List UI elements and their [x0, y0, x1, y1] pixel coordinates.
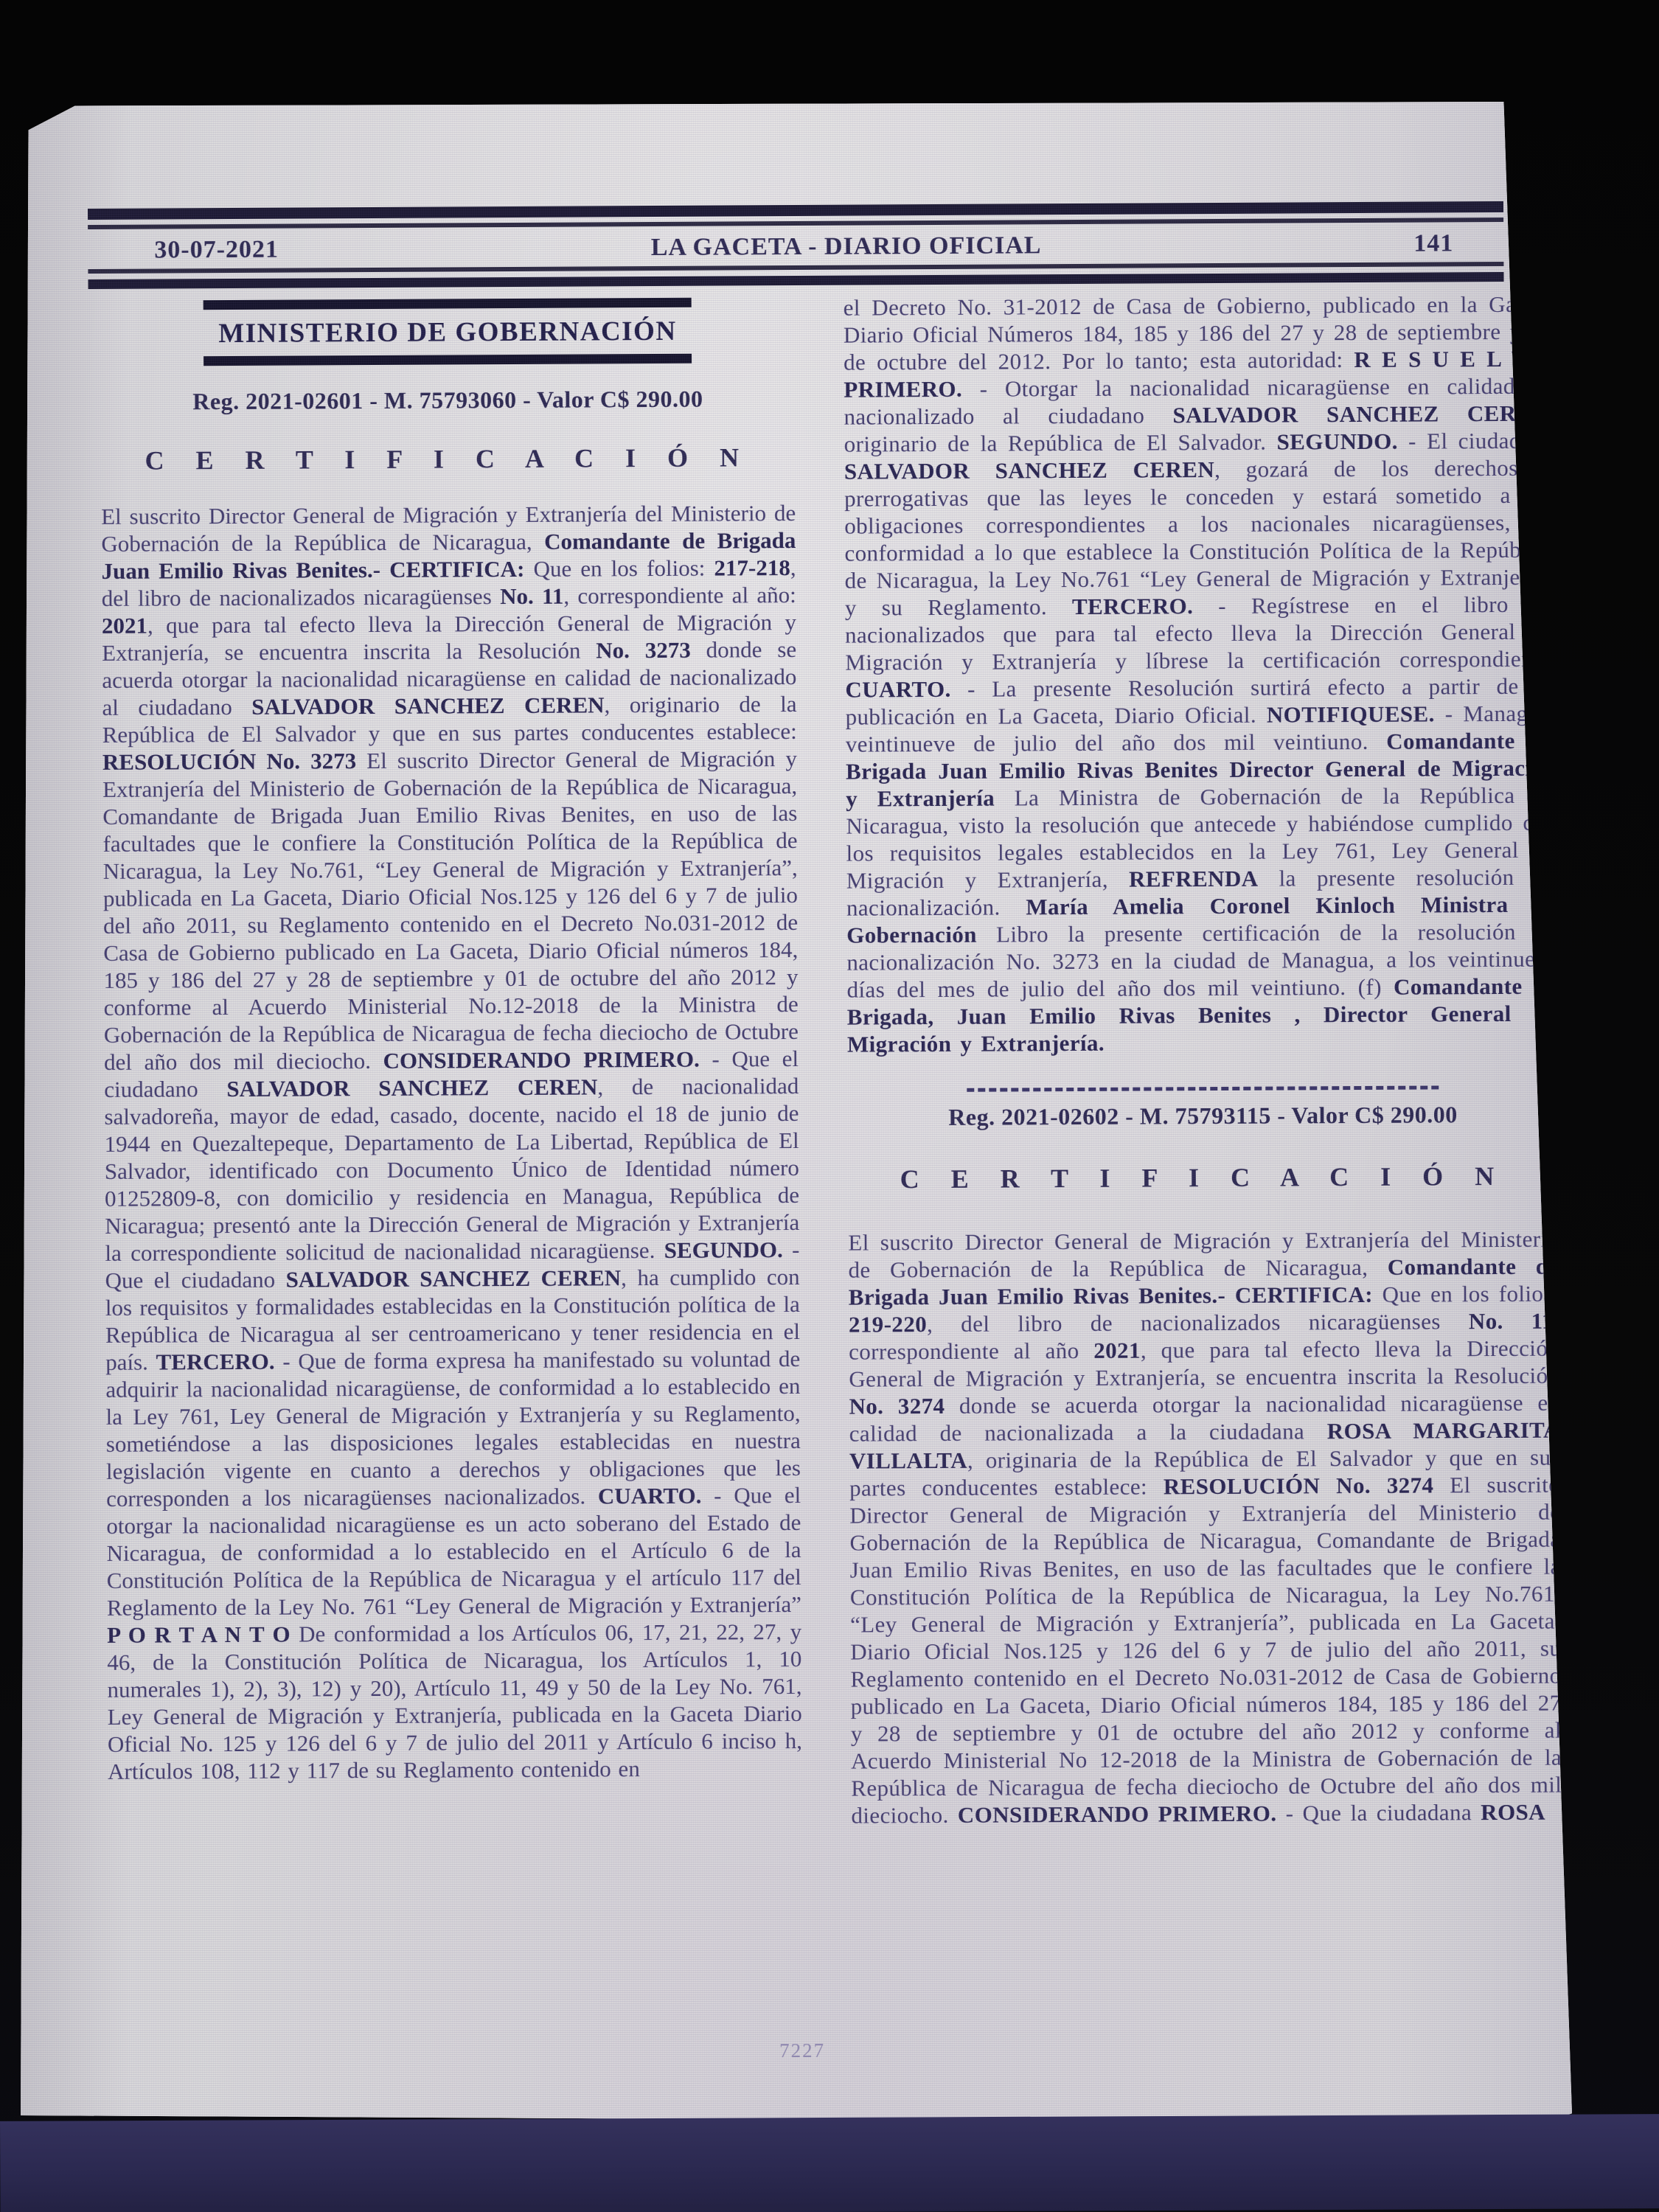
header-date: 30-07-2021: [154, 236, 279, 265]
two-column-layout: MINISTERIO DE GOBERNACIÓN Reg. 2021-0260…: [18, 288, 1577, 1834]
header-rule-bottom-thick: [88, 272, 1504, 289]
page-watermark: 7227: [27, 2035, 1578, 2066]
photo-bottom-band: [0, 2114, 1659, 2212]
ministry-rule-bottom: [204, 354, 692, 366]
registration-line-2: Reg. 2021-02602 - M. 75793115 - Valor C$…: [847, 1101, 1558, 1132]
section-separator-dashed: [967, 1085, 1439, 1091]
gazette-page: 30-07-2021 LA GACETA - DIARIO OFICIAL 14…: [21, 102, 1572, 2124]
header-page-number: 141: [1413, 229, 1453, 257]
certification-body-1: El suscrito Director General de Migració…: [101, 499, 802, 1785]
page-content: 30-07-2021 LA GACETA - DIARIO OFICIAL 14…: [16, 98, 1578, 2128]
certification-heading-1: C E R T I F I C A C I Ó N: [101, 442, 796, 476]
registration-line-1: Reg. 2021-02601 - M. 75793060 - Valor C$…: [100, 385, 795, 416]
header-title: LA GACETA - DIARIO OFICIAL: [279, 230, 1414, 264]
header-rule-top-thick: [88, 201, 1503, 220]
left-column: MINISTERIO DE GOBERNACIÓN Reg. 2021-0260…: [100, 291, 803, 1833]
ministry-title: MINISTERIO DE GOBERNACIÓN: [204, 307, 692, 356]
certification-heading-2: C E R T I F I C A C I Ó N: [848, 1161, 1559, 1195]
right-column: el Decreto No. 31-2012 de Casa de Gobier…: [844, 288, 1562, 1829]
certification-body-1-continued: el Decreto No. 31-2012 de Casa de Gobier…: [844, 291, 1558, 1058]
ministry-heading-block: MINISTERIO DE GOBERNACIÓN: [204, 298, 692, 366]
certification-body-2: El suscrito Director General de Migració…: [848, 1225, 1562, 1829]
masthead: 30-07-2021 LA GACETA - DIARIO OFICIAL 14…: [16, 98, 1568, 290]
